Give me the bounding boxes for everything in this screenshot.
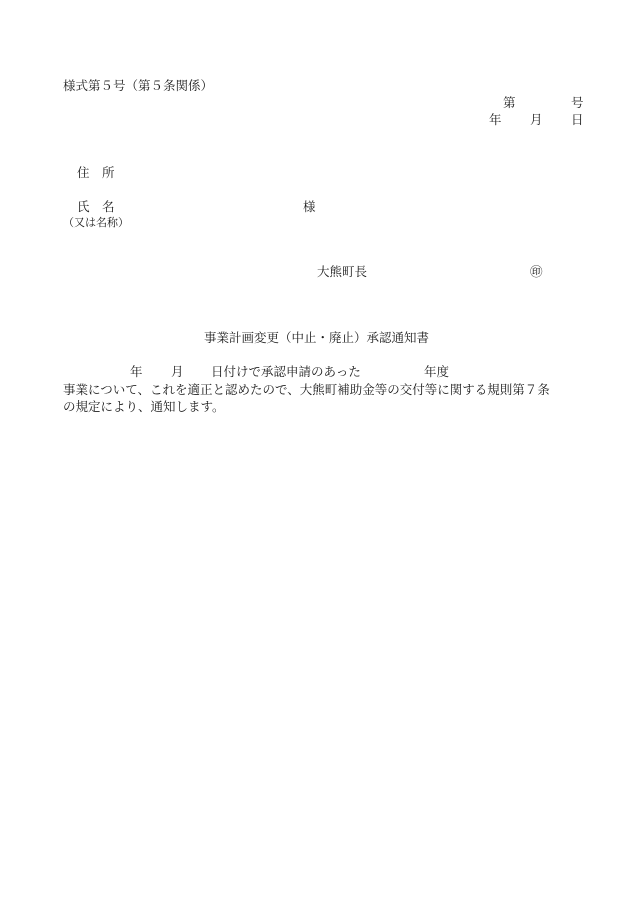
- address-label: 住 所: [77, 165, 115, 181]
- body-line1-text: 日付けで承認申請のあった: [211, 364, 361, 380]
- name-note: （又は名称）: [63, 215, 129, 231]
- body-year: 年: [130, 364, 143, 380]
- body-month: 月: [171, 364, 184, 380]
- form-label: 様式第５号（第５条関係）: [63, 78, 213, 94]
- name-label: 氏 名: [77, 199, 115, 215]
- body-fiscal-year: 年度: [424, 364, 449, 380]
- doc-number-go: 号: [571, 95, 584, 111]
- issuer-title: 大熊町長: [317, 264, 367, 280]
- date-month: 月: [530, 112, 543, 128]
- date-year: 年: [489, 112, 502, 128]
- doc-number-dai: 第: [503, 95, 516, 111]
- honorific: 様: [303, 199, 316, 215]
- document-title: 事業計画変更（中止・廃止）承認通知書: [204, 330, 429, 346]
- seal-icon: ㊞: [530, 264, 543, 280]
- body-line3: の規定により、通知します。: [63, 399, 225, 415]
- body-line2: 事業について、これを適正と認めたので、大熊町補助金等の交付等に関する規則第７条: [63, 382, 550, 398]
- date-day: 日: [571, 112, 584, 128]
